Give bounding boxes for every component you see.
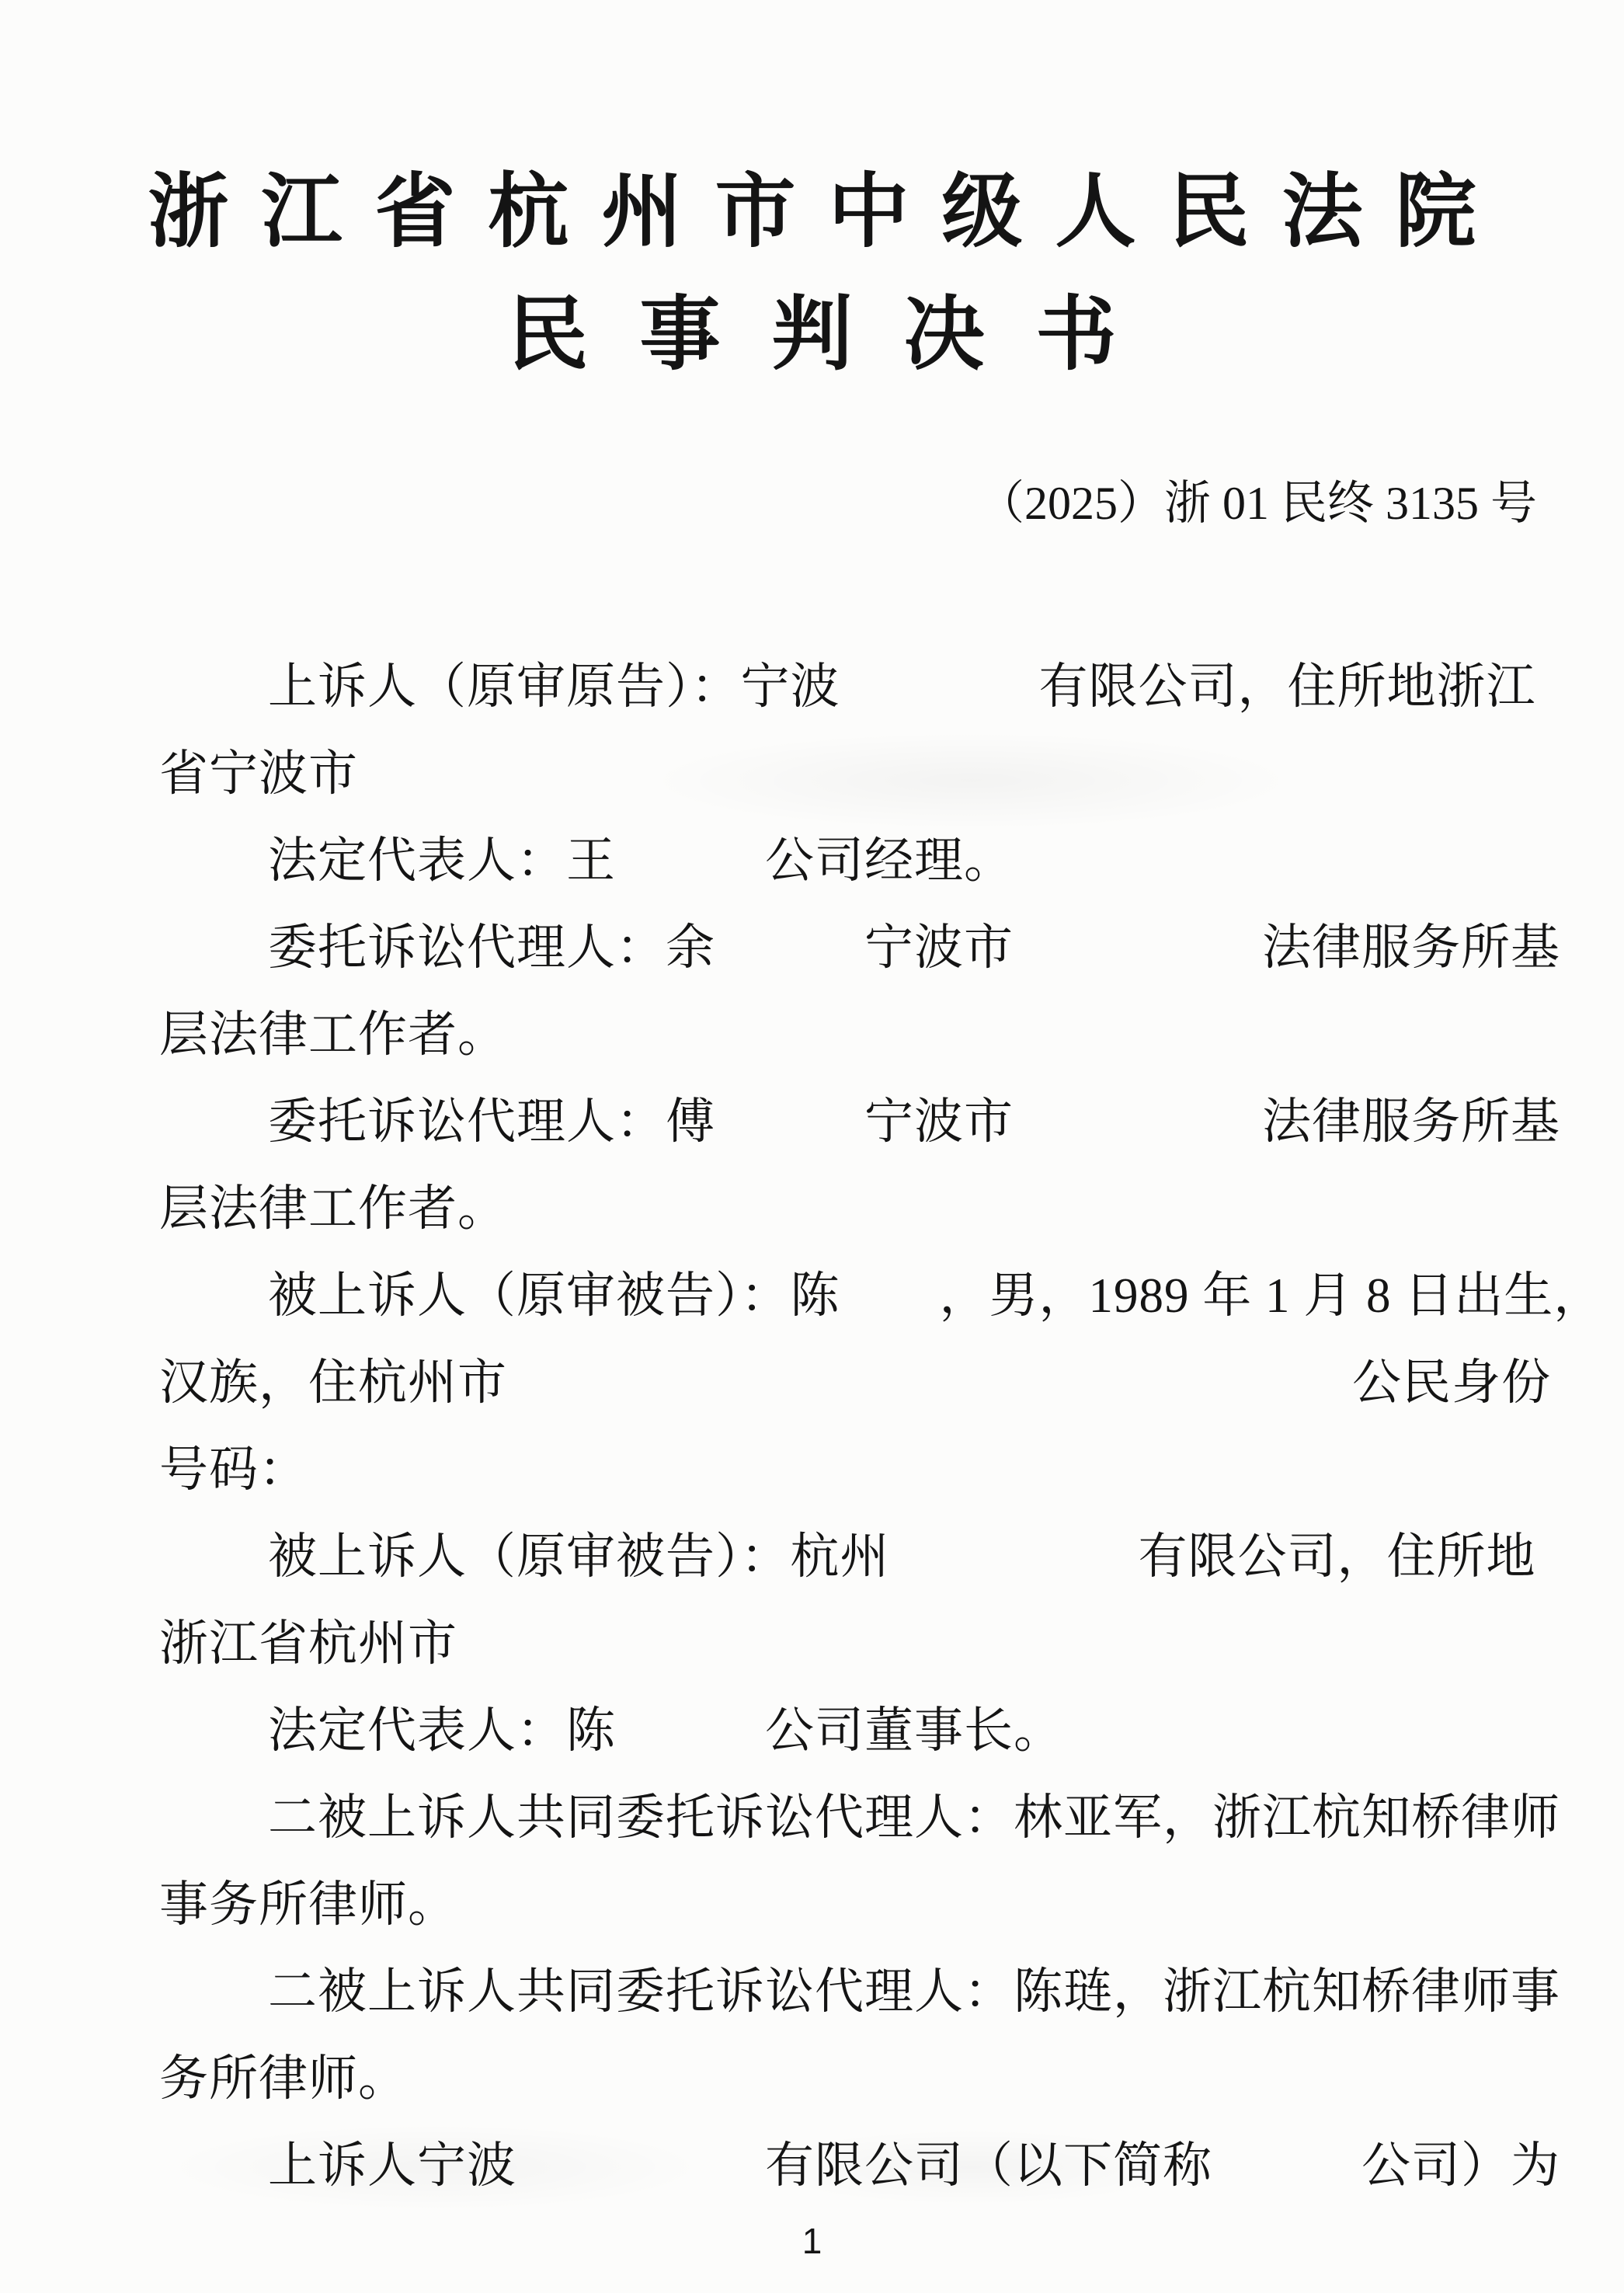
case-number: （2025）浙 01 民终 3135 号 xyxy=(0,474,1624,533)
body-line-appellee-2-intro: 被上诉人（原审被告）：杭州 有限公司，住所地 xyxy=(159,1513,1562,1600)
body-line-joint-agent-1: 二被上诉人共同委托诉讼代理人：林亚军，浙江杭知桥律师 xyxy=(159,1774,1562,1861)
body-line-appellee-1-id-cont: 号码： xyxy=(159,1426,1562,1513)
body-line-joint-agent-1-cont: 事务所律师。 xyxy=(159,1861,1562,1948)
judgment-document-page: 浙江省杭州市中级人民法院 民事判决书 （2025）浙 01 民终 3135 号 … xyxy=(0,0,1624,2293)
body-line-appellant-agent-1: 委托诉讼代理人：余 宁波市 法律服务所基 xyxy=(159,904,1562,991)
body-line-appellee-1-intro: 被上诉人（原审被告）：陈 ，男，1989 年 1 月 8 日出生， xyxy=(159,1252,1562,1339)
body-line-appellant-legal-rep: 法定代表人：王 公司经理。 xyxy=(159,817,1562,904)
body-line-appellee-2-legal-rep: 法定代表人：陈 公司董事长。 xyxy=(159,1687,1562,1774)
body-line-case-intro: 上诉人宁波 有限公司（以下简称 公司）为 xyxy=(159,2122,1562,2209)
body-line-joint-agent-2-cont: 务所律师。 xyxy=(159,2035,1562,2122)
body-line-appellant-agent-2: 委托诉讼代理人：傅 宁波市 法律服务所基 xyxy=(159,1078,1562,1165)
body-line-appellee-2-address-cont: 浙江省杭州市 xyxy=(159,1600,1562,1687)
body-line-appellant-address-cont: 省宁波市 xyxy=(159,730,1562,817)
page-number: 1 xyxy=(0,2222,1624,2260)
judgment-body-text: 上诉人（原审原告）：宁波 有限公司，住所地浙江 省宁波市 法定代表人：王 公司经… xyxy=(0,643,1624,2209)
document-type-title: 民事判决书 xyxy=(0,284,1624,387)
body-line-appellee-1-info-cont: 汉族，住杭州市 公民身份 xyxy=(159,1339,1562,1426)
body-line-joint-agent-2: 二被上诉人共同委托诉讼代理人：陈琏，浙江杭知桥律师事 xyxy=(159,1948,1562,2035)
body-line-agent-2-cont: 层法律工作者。 xyxy=(159,1165,1562,1252)
body-line-agent-1-cont: 层法律工作者。 xyxy=(159,991,1562,1078)
court-name-title: 浙江省杭州市中级人民法院 xyxy=(0,0,1624,264)
body-line-appellant-intro: 上诉人（原审原告）：宁波 有限公司，住所地浙江 xyxy=(159,643,1562,730)
